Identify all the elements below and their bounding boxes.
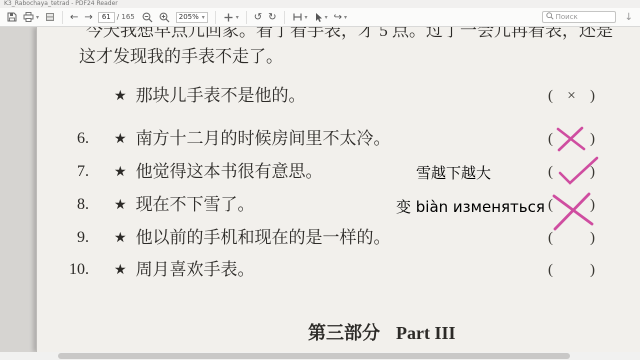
- chevron-down-icon: ▾: [344, 14, 347, 21]
- document-viewer[interactable]: 今天我想早点儿回家。看了看手表，才 5 点。过了一会儿再看表，还是 这才发现我的…: [0, 27, 640, 352]
- ink-mark-empty: [553, 258, 589, 282]
- example-statement: ★那块儿手表不是他的。: [114, 84, 306, 110]
- question-number: 7.: [57, 160, 89, 184]
- typed-annotation[interactable]: 雪越下越大: [416, 161, 491, 185]
- search-box[interactable]: [542, 11, 616, 23]
- toolbar-separator: [215, 11, 216, 24]
- paren-close: ): [590, 226, 595, 250]
- select-tool-button[interactable]: ▾: [311, 10, 331, 25]
- ink-mark-empty: [553, 226, 589, 250]
- arrow-right-icon: →: [84, 10, 92, 25]
- question-text: 南方十二月的时候房间里不太冷。: [136, 129, 391, 148]
- zoom-level-select[interactable]: 205% ▾: [176, 12, 208, 23]
- star-icon: ★: [114, 231, 127, 246]
- question-text: 他以前的手机和现在的是一样的。: [136, 228, 391, 247]
- search-icon: [546, 12, 554, 22]
- horizontal-scrollbar-thumb[interactable]: [58, 353, 570, 359]
- paragraph-line: 这才发现我的手表不走了。: [79, 45, 283, 69]
- horizontal-scrollbar[interactable]: [0, 352, 640, 360]
- chevron-down-icon: ▾: [36, 14, 39, 21]
- paren-open: (: [548, 160, 553, 184]
- question-row-8: 8. ★现在不下雪了。 变 biàn изменяться (): [37, 193, 640, 217]
- pdf-page: 今天我想早点儿回家。看了看手表，才 5 点。过了一会儿再看表，还是 这才发现我的…: [36, 27, 640, 352]
- zoom-out-icon: [142, 12, 153, 23]
- page-number-input[interactable]: [98, 12, 115, 23]
- down-arrow-icon: ↓: [625, 10, 633, 25]
- question-text: 现在不下雪了。: [136, 195, 255, 214]
- example-text: 那块儿手表不是他的。: [136, 86, 306, 105]
- question-number: 9.: [57, 226, 89, 250]
- paren-close: ): [590, 84, 595, 108]
- question-number: 6.: [57, 127, 89, 151]
- chevron-down-icon: ▾: [325, 14, 328, 21]
- highlight-tool-icon: [292, 12, 303, 22]
- question-row-7: 7. ★他觉得这本书很有意思。 雪越下越大 (): [37, 160, 640, 184]
- toolbar: ▾ ← → / 165 205% ▾ ▾ ↺ ↻: [0, 8, 640, 27]
- chevron-down-icon: ▾: [305, 14, 308, 21]
- question-statement: ★南方十二月的时候房间里不太冷。: [114, 127, 391, 153]
- zoom-level-value: 205%: [179, 13, 199, 21]
- page-total-label: / 165: [117, 13, 135, 21]
- question-row-9: 9. ★他以前的手机和现在的是一样的。 (): [37, 226, 640, 250]
- redo-icon: ↻: [268, 10, 276, 25]
- example-printed-answer: ×: [567, 84, 575, 108]
- print-icon: [23, 12, 34, 22]
- chevron-down-icon: ▾: [202, 14, 205, 21]
- typed-annotation[interactable]: 变 biàn изменяться: [396, 195, 545, 219]
- plus-icon: [223, 12, 234, 23]
- example-answer-parens: (×): [548, 84, 595, 108]
- toolbar-separator: [246, 11, 247, 24]
- search-input[interactable]: [556, 13, 612, 21]
- star-icon: ★: [114, 198, 127, 213]
- toolbar-separator: [284, 11, 285, 24]
- share-button[interactable]: ↪ ▾: [331, 10, 350, 25]
- question-statement: ★他觉得这本书很有意思。: [114, 160, 323, 186]
- undo-button[interactable]: ↺: [251, 10, 265, 25]
- question-number: 8.: [57, 193, 89, 217]
- zoom-out-button[interactable]: [139, 10, 156, 25]
- question-text: 周月喜欢手表。: [136, 260, 255, 279]
- star-icon: ★: [114, 132, 127, 147]
- example-statement-row: ★那块儿手表不是他的。 (×): [37, 84, 640, 108]
- question-row-10: 10. ★周月喜欢手表。 (): [37, 258, 640, 282]
- toolbar-separator: [62, 11, 63, 24]
- next-page-button[interactable]: →: [81, 10, 95, 25]
- zoom-in-icon: [159, 12, 170, 23]
- chevron-down-icon: ▾: [236, 14, 239, 21]
- arrow-left-icon: ←: [70, 10, 78, 25]
- paren-open: (: [548, 84, 553, 108]
- paren-close: ): [590, 258, 595, 282]
- star-icon: ★: [114, 165, 127, 180]
- question-statement: ★现在不下雪了。: [114, 193, 255, 219]
- question-statement: ★他以前的手机和现在的是一样的。: [114, 226, 391, 252]
- save-button[interactable]: [4, 10, 20, 25]
- zoom-in-button[interactable]: [156, 10, 173, 25]
- section-heading: 第三部分Part III: [308, 319, 456, 345]
- thumbnails-panel-button[interactable]: [42, 10, 58, 25]
- thumbnails-icon: [45, 12, 55, 22]
- share-icon: ↪: [334, 10, 342, 25]
- redo-button[interactable]: ↻: [265, 10, 279, 25]
- previous-page-button[interactable]: ←: [67, 10, 81, 25]
- undo-icon: ↺: [254, 10, 262, 25]
- highlight-tool-button[interactable]: ▾: [289, 10, 311, 25]
- add-annotation-button[interactable]: ▾: [220, 10, 242, 25]
- ink-mark-check[interactable]: [555, 154, 601, 186]
- question-number: 10.: [57, 258, 89, 282]
- ink-mark-cross[interactable]: [553, 125, 589, 153]
- question-text: 他觉得这本书很有意思。: [136, 162, 323, 181]
- paragraph-line-clipped: 今天我想早点儿回家。看了看手表，才 5 点。过了一会儿再看表，还是: [86, 27, 613, 43]
- section-heading-en: Part III: [396, 323, 456, 343]
- print-button[interactable]: ▾: [20, 10, 42, 25]
- star-icon: ★: [114, 89, 127, 104]
- star-icon: ★: [114, 263, 127, 278]
- window-titlebar: K3_Rabochaya_tetrad - PDF24 Reader: [0, 0, 640, 8]
- pointer-icon: [314, 12, 323, 23]
- section-heading-cn: 第三部分: [308, 323, 380, 343]
- save-icon: [7, 12, 17, 22]
- search-next-button[interactable]: ↓: [622, 10, 636, 25]
- paren-close: ): [590, 127, 595, 151]
- question-row-6: 6. ★南方十二月的时候房间里不太冷。 (): [37, 127, 640, 151]
- window-title: K3_Rabochaya_tetrad - PDF24 Reader: [4, 0, 118, 7]
- question-statement: ★周月喜欢手表。: [114, 258, 255, 284]
